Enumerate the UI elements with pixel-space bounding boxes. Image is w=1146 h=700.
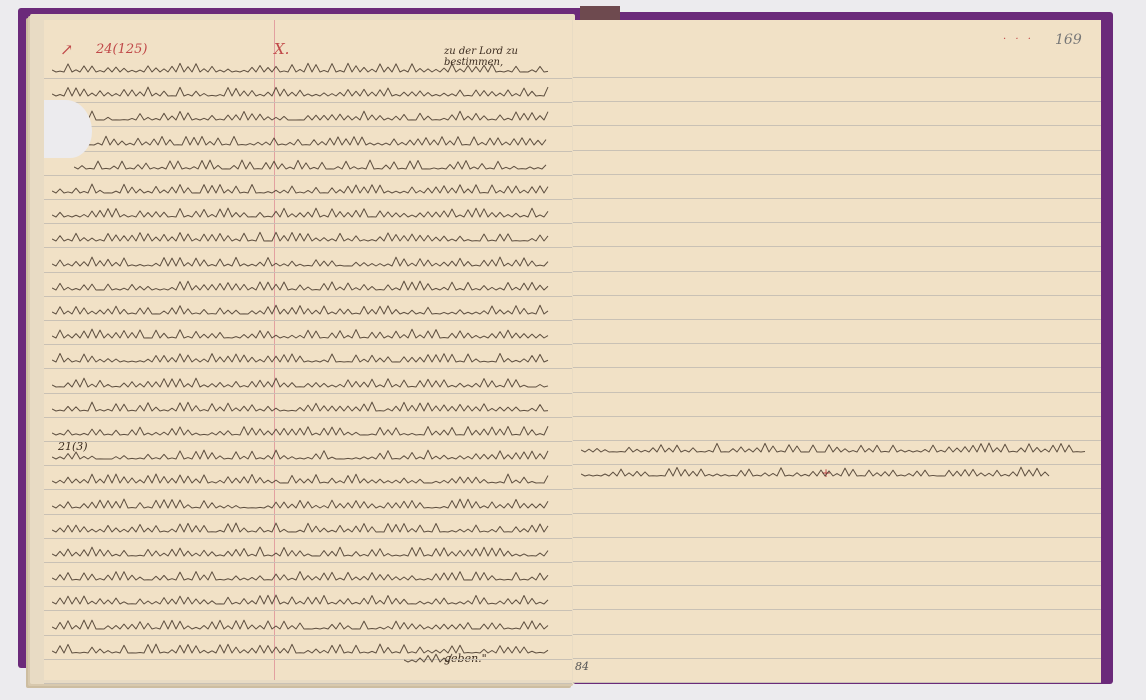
ruled-line (44, 441, 572, 442)
ruled-line (44, 78, 572, 79)
handwritten-line (52, 205, 549, 221)
handwritten-line (52, 617, 549, 633)
ruled-line (44, 586, 572, 587)
handwritten-line (52, 399, 549, 415)
ruled-line (44, 417, 572, 418)
ruled-line (44, 151, 572, 152)
spine-tab (580, 6, 620, 20)
ruled-line (573, 682, 1101, 683)
handwritten-line (52, 496, 549, 512)
ruled-line (44, 683, 572, 684)
section-mark: X. (274, 40, 289, 58)
ruled-line (44, 635, 572, 636)
ruled-line (573, 513, 1101, 514)
red-dots: · · · (1003, 34, 1034, 45)
handwritten-line (52, 108, 549, 124)
ruled-line (573, 198, 1101, 199)
bottom-page-number: 84 (575, 660, 589, 673)
handwritten-line (52, 544, 549, 560)
handwritten-line (52, 520, 549, 536)
ruled-line (573, 561, 1101, 562)
ruled-line (44, 659, 572, 660)
ruled-line (44, 393, 572, 394)
ruled-line (573, 150, 1101, 151)
handwritten-line (52, 375, 549, 391)
ruled-line (44, 320, 572, 321)
ruled-line (573, 271, 1101, 272)
arrow-annotation: ↗ (60, 40, 73, 59)
ruled-line (573, 174, 1101, 175)
ruled-line (573, 246, 1101, 247)
handwritten-line (581, 464, 1051, 480)
handwritten-line (52, 278, 549, 294)
ruled-line (44, 102, 572, 103)
ruled-line (44, 223, 572, 224)
ruled-line (44, 562, 572, 563)
ruled-line (573, 367, 1101, 368)
handwritten-line (74, 133, 549, 149)
left-page: ↗ 24(125) X. zu der Lord zu bestimmen, 2… (44, 20, 572, 680)
handwritten-line (52, 302, 549, 318)
ruled-line (573, 343, 1101, 344)
ruled-line (44, 199, 572, 200)
ruled-line (44, 489, 572, 490)
handwritten-line (52, 447, 549, 463)
handwritten-line (52, 641, 549, 657)
handwritten-line (52, 229, 549, 245)
handwritten-line (404, 650, 454, 666)
ruled-line (573, 222, 1101, 223)
ruled-line (44, 344, 572, 345)
ruled-line (44, 514, 572, 515)
ruled-line (573, 295, 1101, 296)
ruled-line (573, 488, 1101, 489)
ruled-line (573, 125, 1101, 126)
handwritten-line (52, 423, 549, 439)
folio-reference: 24(125) (96, 42, 148, 57)
ruled-line (44, 538, 572, 539)
handwritten-line (52, 471, 549, 487)
ruled-line (573, 392, 1101, 393)
ruled-line (44, 247, 572, 248)
handwritten-line (52, 592, 549, 608)
ruled-line (44, 296, 572, 297)
handwritten-line (74, 157, 549, 173)
handwritten-line (52, 326, 549, 342)
ruled-line (573, 585, 1101, 586)
handwritten-line (52, 84, 549, 100)
ruled-line (44, 272, 572, 273)
handwritten-line (52, 60, 549, 76)
handwritten-line (52, 254, 549, 270)
page-number: 169 (1055, 32, 1082, 48)
handwritten-line (52, 350, 549, 366)
ruled-line (44, 610, 572, 611)
ruled-line (44, 126, 572, 127)
right-page: 169 · · · + 84 (573, 20, 1101, 682)
ruled-line (573, 609, 1101, 610)
ruled-line (573, 537, 1101, 538)
ruled-line (573, 634, 1101, 635)
ruled-line (573, 319, 1101, 320)
handwritten-line (52, 568, 549, 584)
handwritten-line (581, 440, 1086, 456)
ruled-line (573, 101, 1101, 102)
ruled-line (44, 368, 572, 369)
ruled-line (44, 465, 572, 466)
ruled-line (573, 658, 1101, 659)
ruled-line (44, 175, 572, 176)
handwritten-line (52, 181, 549, 197)
ruled-line (573, 77, 1101, 78)
ruled-line (573, 416, 1101, 417)
